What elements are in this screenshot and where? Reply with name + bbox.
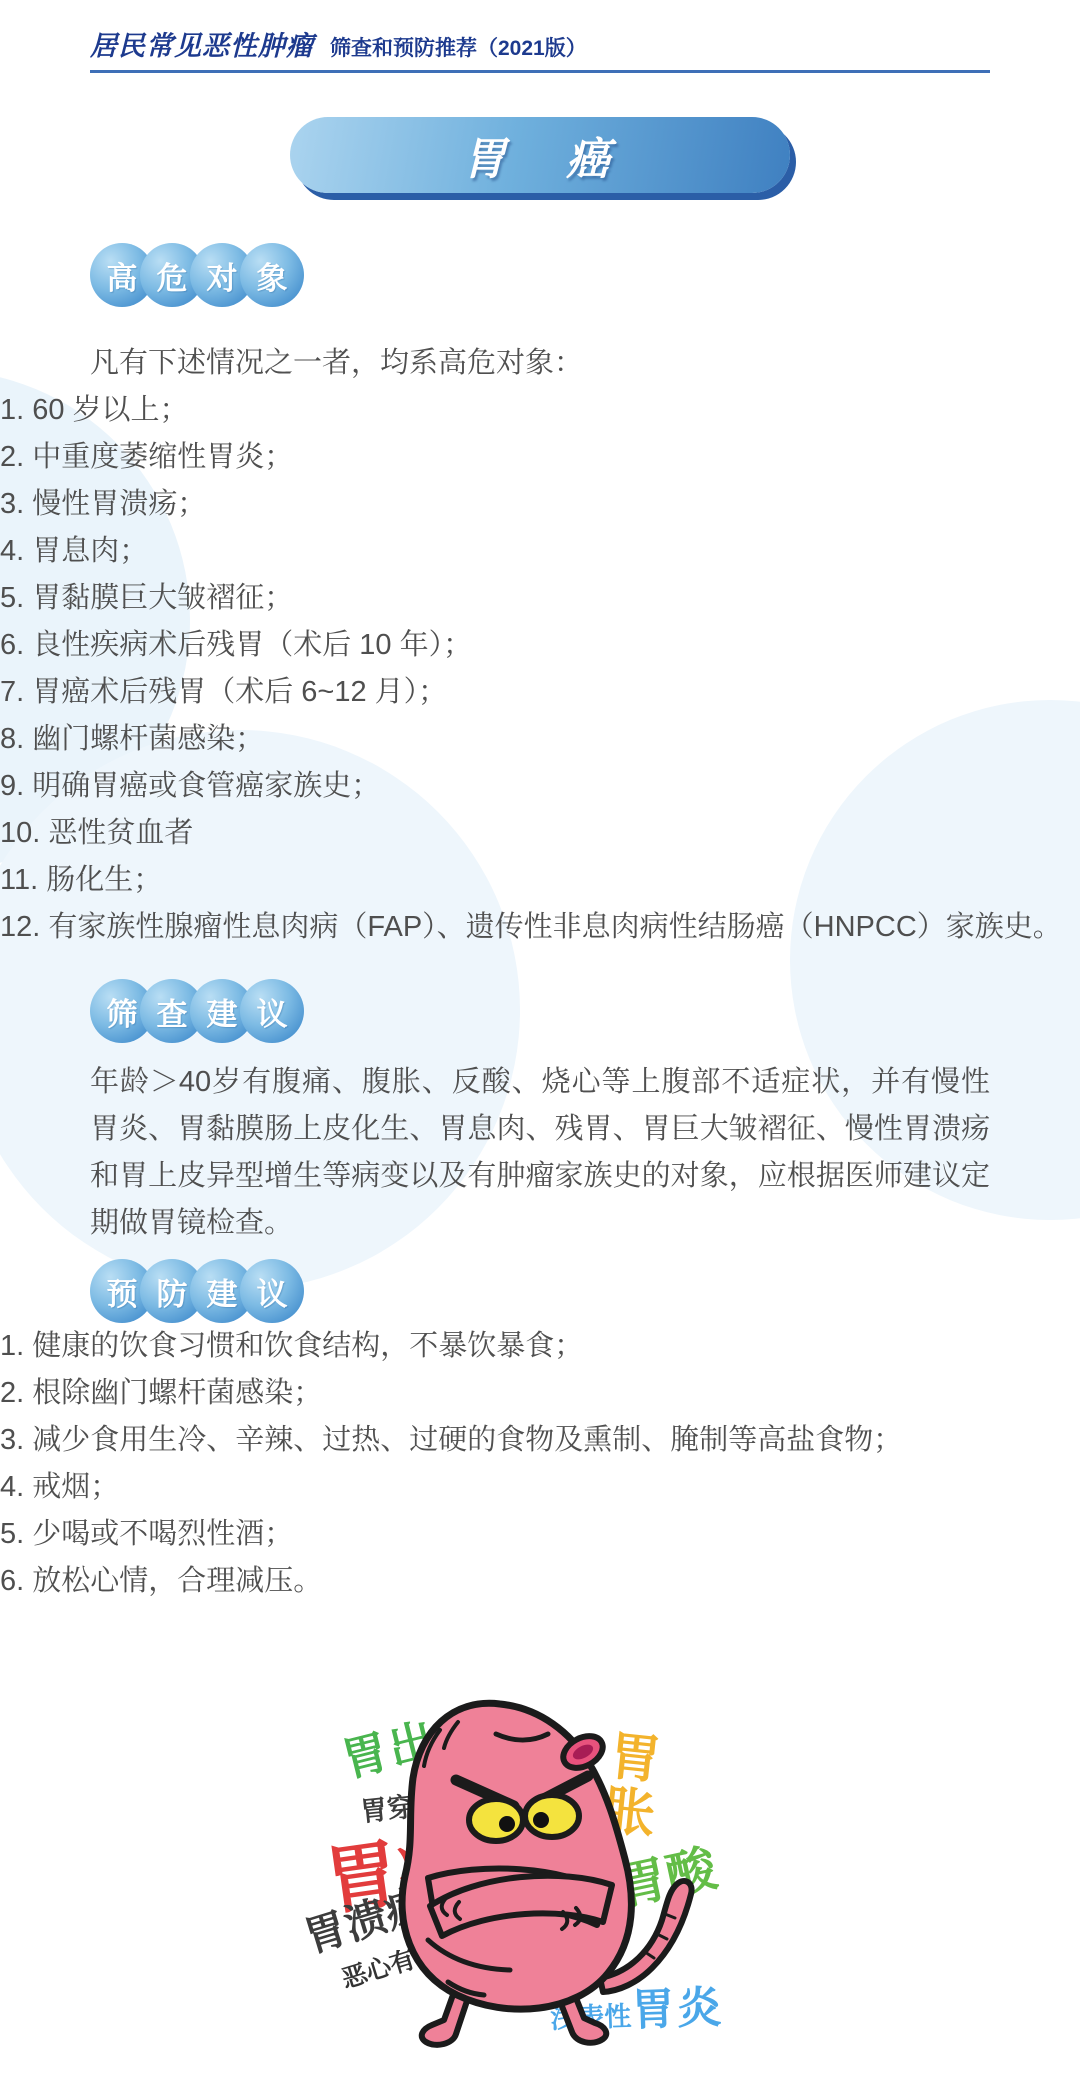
stomach-leg-left bbox=[422, 1992, 468, 2045]
label-stomach-bleeding: 胃出血 bbox=[334, 1692, 490, 1791]
list-item: 11. 肠化生； bbox=[0, 857, 1080, 904]
list-item: 2. 根除幽门螺杆菌感染； bbox=[0, 1370, 1080, 1417]
list-item: 10. 恶性贫血者 bbox=[0, 810, 1080, 857]
stomach-brows bbox=[456, 1776, 588, 1806]
stomach-eye-right bbox=[525, 1795, 579, 1837]
section-badge-screening: 筛查建议 bbox=[90, 979, 990, 1043]
high-risk-list: 1. 60 岁以上；2. 中重度萎缩性胃炎；3. 慢性胃溃疡；4. 胃息肉；5.… bbox=[0, 387, 1080, 951]
label-gastritis-small: 浅表性 bbox=[550, 2001, 632, 2034]
stomach-opening bbox=[558, 1730, 608, 1774]
screening-paragraph: 年龄＞40岁有腹痛、腹胀、反酸、烧心等上腹部不适症状，并有慢性胃炎、胃黏膜肠上皮… bbox=[90, 1059, 990, 1247]
list-item: 2. 中重度萎缩性胃炎； bbox=[0, 434, 1080, 481]
badge-circle: 象 bbox=[240, 243, 304, 307]
label-gastritis-large: 胃炎 bbox=[630, 1983, 724, 2035]
page-header: 居民常见恶性肿瘤 筛查和预防推荐（2021版） bbox=[90, 0, 990, 73]
high-risk-intro: 凡有下述情况之一者，均系高危对象： bbox=[90, 340, 990, 387]
stomach-eye-left bbox=[469, 1799, 523, 1841]
cancer-title-banner: 胃 癌 bbox=[290, 117, 790, 193]
prevention-list: 1. 健康的饮食习惯和饮食结构，不暴饮暴食；2. 根除幽门螺杆菌感染；3. 减少… bbox=[0, 1323, 1080, 1605]
list-item: 6. 良性疾病术后残胃（术后 10 年）； bbox=[0, 622, 1080, 669]
list-item: 1. 60 岁以上； bbox=[0, 387, 1080, 434]
list-item: 9. 明确胃癌或食管癌家族史； bbox=[0, 763, 1080, 810]
list-item: 3. 慢性胃溃疡； bbox=[0, 481, 1080, 528]
list-item: 12. 有家族性腺瘤性息肉病（FAP）、遗传性非息肉病性结肠癌（HNPCC）家族… bbox=[0, 904, 1080, 951]
cancer-title: 胃 癌 bbox=[462, 123, 618, 187]
list-item: 8. 幽门螺杆菌感染； bbox=[0, 716, 1080, 763]
list-item: 1. 健康的饮食习惯和饮食结构，不暴饮暴食； bbox=[0, 1323, 1080, 1370]
list-item: 5. 少喝或不喝烈性酒； bbox=[0, 1511, 1080, 1558]
badge-circle: 议 bbox=[240, 979, 304, 1043]
section-badge-prevention: 预防建议 bbox=[90, 1259, 990, 1323]
list-item: 3. 减少食用生冷、辛辣、过热、过硬的食物及熏制、腌制等高盐食物； bbox=[0, 1417, 1080, 1464]
list-item: 7. 胃癌术后残胃（术后 6~12 月）； bbox=[0, 669, 1080, 716]
series-title: 居民常见恶性肿瘤 bbox=[90, 24, 314, 63]
list-item: 5. 胃黏膜巨大皱褶征； bbox=[0, 575, 1080, 622]
list-item: 4. 戒烟； bbox=[0, 1464, 1080, 1511]
series-subtitle: 筛查和预防推荐（2021版） bbox=[330, 32, 587, 62]
poster-page: 居民常见恶性肿瘤 筛查和预防推荐（2021版） 胃 癌 高危对象 凡有下述情况之… bbox=[0, 0, 1080, 2074]
list-item: 4. 胃息肉； bbox=[0, 528, 1080, 575]
section-badge-high-risk: 高危对象 bbox=[90, 243, 990, 307]
label-superficial-gastritis: 浅表性胃炎 bbox=[549, 1971, 724, 2041]
stomach-illustration: 胃出血 胃穿孔 胃胀 胃痛 胃酸 胃溃疡 恶心有吐 浅表性胃炎 bbox=[300, 1682, 770, 2062]
list-item: 6. 放松心情，合理减压。 bbox=[0, 1558, 1080, 1605]
badge-circle: 议 bbox=[240, 1259, 304, 1323]
label-stomach-distension: 胃胀 bbox=[600, 1729, 669, 1844]
